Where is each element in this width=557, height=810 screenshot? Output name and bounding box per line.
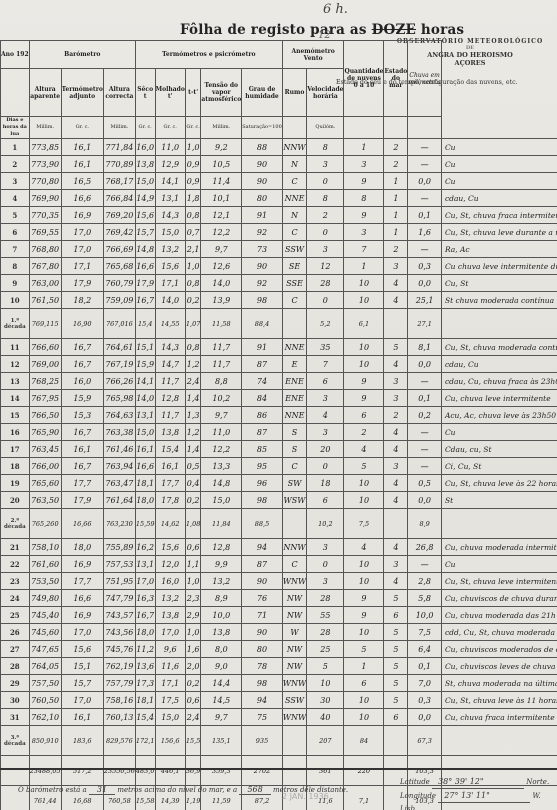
cell-cloud: 9 xyxy=(344,173,384,190)
cell-wet: 156,6 xyxy=(155,726,185,756)
cell-dir: ENE xyxy=(282,373,306,390)
cell-cloud: 5 xyxy=(344,641,384,658)
cell-remark: Cu, St, chuva leve às 22 horas xyxy=(441,475,557,492)
cell-diff: 2,4 xyxy=(185,373,200,390)
cell-diff: 0,7 xyxy=(185,224,200,241)
cell-vel: 28 xyxy=(307,624,344,641)
cell-dry: 15,0 xyxy=(135,424,155,441)
cell-corr: 766,69 xyxy=(103,241,135,258)
cell-diff: 1,0 xyxy=(185,139,200,156)
cell-vap: 11,7 xyxy=(201,356,242,373)
cell-hum: 92 xyxy=(242,224,283,241)
cell-corr: 763,38 xyxy=(103,424,135,441)
cell-vel: 207 xyxy=(307,726,344,756)
cell-wet: 15,4 xyxy=(155,441,185,458)
cell-vel: 4 xyxy=(307,407,344,424)
cell-cloud: 7 xyxy=(344,241,384,258)
cell-cloud: 6,1 xyxy=(344,309,384,339)
subheader-3: Sêco t xyxy=(135,69,155,117)
cell-dry: 14,0 xyxy=(135,390,155,407)
cell-vel: 8 xyxy=(307,139,344,156)
cell-hum: 91 xyxy=(242,339,283,356)
cell-corr: 760,13 xyxy=(103,709,135,726)
cell-vel: 0 xyxy=(307,224,344,241)
cell-diff: 0,9 xyxy=(185,156,200,173)
cell-diff: 1,4 xyxy=(185,390,200,407)
cell-dry: 16,1 xyxy=(135,441,155,458)
cell-corr: 743,56 xyxy=(103,624,135,641)
table-row: 1773,8516,1771,8416,011,01,09,288NNW812—… xyxy=(1,139,557,156)
cell-diff: 1,2 xyxy=(185,424,200,441)
cell-vel: 3 xyxy=(307,573,344,590)
cell-rain: 0,3 xyxy=(408,258,442,275)
cell-wet: 11,0 xyxy=(155,139,185,156)
day-moon-header: Dias e horas da lua xyxy=(1,117,30,139)
cell-corr: 763,47 xyxy=(103,475,135,492)
cell-rain: 1,6 xyxy=(408,224,442,241)
cell-rain: 27,1 xyxy=(408,309,442,339)
table-row: 20763,5017,9761,6418,017,80,215,098WSW61… xyxy=(1,492,557,509)
cell-tadj: 16,5 xyxy=(61,173,103,190)
cell-rain: — xyxy=(408,190,442,207)
cell-cloud: 9 xyxy=(344,590,384,607)
cell-cloud: 7,5 xyxy=(344,509,384,539)
day-cell: 27 xyxy=(1,641,30,658)
cell-dir: WNW xyxy=(282,675,306,692)
cell-alt: 769,115 xyxy=(29,309,61,339)
cell-dry: 18,0 xyxy=(135,624,155,641)
cell-vap: 10,1 xyxy=(201,190,242,207)
cell-corr: 766,26 xyxy=(103,373,135,390)
cell-wet: 12,8 xyxy=(155,390,185,407)
day-cell: 6 xyxy=(1,224,30,241)
cell-hum: 86 xyxy=(242,407,283,424)
observation-table: Ano 192 Barómetro Termómetros e psicróme… xyxy=(0,40,557,810)
table-row: 15766,5015,3764,6313,111,71,39,786NNE462… xyxy=(1,407,557,424)
register-sheet: 6 h. Fôlha de registo para as DOZE horas… xyxy=(0,0,557,810)
barometer-header: Barómetro xyxy=(29,41,135,69)
cell-rain: — xyxy=(408,139,442,156)
latitude-value: 38° 39' 12" xyxy=(432,775,524,789)
cell-dry: 16,2 xyxy=(135,539,155,556)
cell-tadj: 16,9 xyxy=(61,607,103,624)
table-row: 10761,5018,2759,0916,714,00,213,998C0104… xyxy=(1,292,557,309)
cell-vap: 8,8 xyxy=(201,373,242,390)
cell-alt: 766,00 xyxy=(29,458,61,475)
cell-diff: 1,0 xyxy=(185,258,200,275)
cell-alt: 764,05 xyxy=(29,658,61,675)
cell-alt: 753,50 xyxy=(29,573,61,590)
cell-rain: 0,0 xyxy=(408,492,442,509)
table-row: 16765,9016,7763,3815,013,81,211,087S324—… xyxy=(1,424,557,441)
cell-sea: 4 xyxy=(384,292,408,309)
cell-dry: 18,1 xyxy=(135,475,155,492)
cell-rain: 0,0 xyxy=(408,173,442,190)
cell-rain: 7,0 xyxy=(408,675,442,692)
title-suffix: horas xyxy=(421,22,464,38)
latitude-direction: Norte. xyxy=(526,778,549,786)
cell-cloud: 2 xyxy=(344,424,384,441)
cell-vel: 3 xyxy=(307,424,344,441)
day-cell: 23 xyxy=(1,573,30,590)
cell-corr: 769,20 xyxy=(103,207,135,224)
cell-dry: 18,1 xyxy=(135,692,155,709)
cell-cloud: 10 xyxy=(344,573,384,590)
cell-tadj: 17,0 xyxy=(61,624,103,641)
cell-diff: 0,4 xyxy=(185,475,200,492)
cell-vap: 14,4 xyxy=(201,675,242,692)
cell-hum: 94 xyxy=(242,692,283,709)
cell-cloud: 4 xyxy=(344,441,384,458)
cell-alt: 747,65 xyxy=(29,641,61,658)
cell-dir xyxy=(282,756,306,786)
cell-diff: 1,8 xyxy=(185,190,200,207)
cell-diff: 0,2 xyxy=(185,492,200,509)
cell-vap: 9,7 xyxy=(201,407,242,424)
cell-hum: 75 xyxy=(242,709,283,726)
cell-corr: 747,79 xyxy=(103,590,135,607)
thermometers-header: Termómetros e psicrómetro xyxy=(135,41,282,69)
cell-corr: 770,89 xyxy=(103,156,135,173)
table-row: 28764,0515,1762,1913,611,62,09,078NW5150… xyxy=(1,658,557,675)
remarks-header xyxy=(441,41,557,139)
cell-diff: 36,9 xyxy=(185,756,200,786)
cell-rain: 10,0 xyxy=(408,607,442,624)
cell-dry: 16,0 xyxy=(135,139,155,156)
cell-dry: 15,7 xyxy=(135,224,155,241)
table-row: 26745,6017,0743,5618,017,01,013,890W2810… xyxy=(1,624,557,641)
cell-tadj: 16,6 xyxy=(61,590,103,607)
cell-wet: 11,7 xyxy=(155,407,185,424)
longitude-value: 27° 13' 11" xyxy=(438,789,530,803)
cell-corr: 765,98 xyxy=(103,390,135,407)
cell-sea: 1 xyxy=(384,190,408,207)
wind-label: Vento xyxy=(304,55,323,62)
cell-vel: 6 xyxy=(307,373,344,390)
cell-cloud: 10 xyxy=(344,556,384,573)
cell-vap: 10,2 xyxy=(201,390,242,407)
cell-hum: 98 xyxy=(242,492,283,509)
cell-remark: Cu, chuviscos de chuva durante a noite xyxy=(441,590,557,607)
cell-hum: 85 xyxy=(242,441,283,458)
cell-sea: 5 xyxy=(384,624,408,641)
cell-dir: E xyxy=(282,356,306,373)
cell-wet: 11,6 xyxy=(155,658,185,675)
cell-wet: 16,0 xyxy=(155,573,185,590)
cell-sea: 4 xyxy=(384,356,408,373)
table-row: 17763,4516,1761,4616,115,41,412,285S2044… xyxy=(1,441,557,458)
cell-diff: 0,2 xyxy=(185,675,200,692)
cell-rain: 26,8 xyxy=(408,539,442,556)
cell-cloud: 10 xyxy=(344,492,384,509)
cell-vap: 12,1 xyxy=(201,207,242,224)
cell-vel: 0 xyxy=(307,173,344,190)
cell-vap: 13,3 xyxy=(201,458,242,475)
day-cell: 28 xyxy=(1,658,30,675)
cell-diff: 0,6 xyxy=(185,692,200,709)
cell-cloud: 9 xyxy=(344,207,384,224)
cell-tadj: 15,3 xyxy=(61,407,103,424)
cell-corr: 755,89 xyxy=(103,539,135,556)
day-cell: 7 xyxy=(1,241,30,258)
cell-dir: SSE xyxy=(282,275,306,292)
cell-diff: 2,9 xyxy=(185,607,200,624)
cell-dir xyxy=(282,726,306,756)
cell-cloud: 9 xyxy=(344,373,384,390)
cell-vel: 3 xyxy=(307,156,344,173)
unit-1: Gr. c. xyxy=(61,117,103,139)
cell-vel: 2 xyxy=(307,207,344,224)
cell-alt: 769,55 xyxy=(29,224,61,241)
cell-cloud: 10 xyxy=(344,624,384,641)
cell-hum: 71 xyxy=(242,607,283,624)
cell-dir: C xyxy=(282,458,306,475)
anemometer-header: AnemómetroVento xyxy=(282,41,344,69)
cell-vap: 11,7 xyxy=(201,339,242,356)
subheader-8: Rumo xyxy=(282,69,306,117)
cell-alt: 760,50 xyxy=(29,692,61,709)
day-cell: 17 xyxy=(1,441,30,458)
unit-8 xyxy=(282,117,306,139)
cell-hum: 91 xyxy=(242,207,283,224)
day-cell: 18 xyxy=(1,458,30,475)
cell-corr: 751,95 xyxy=(103,573,135,590)
cell-dry: 483,0 xyxy=(135,756,155,786)
cell-dry: 17,0 xyxy=(135,573,155,590)
cell-dir: NNW xyxy=(282,539,306,556)
cell-vel: 35 xyxy=(307,339,344,356)
cell-dir: C xyxy=(282,224,306,241)
unit-5: Gr. c. xyxy=(185,117,200,139)
cell-remark: Cu xyxy=(441,139,557,156)
cell-alt: 762,10 xyxy=(29,709,61,726)
cell-alt: 767,95 xyxy=(29,390,61,407)
cell-rain: — xyxy=(408,373,442,390)
cell-alt: 770,80 xyxy=(29,173,61,190)
cell-dir xyxy=(282,309,306,339)
cell-remark: Cu, chuva fraca intermitente xyxy=(441,709,557,726)
cell-vel: 30 xyxy=(307,692,344,709)
cell-rain: — xyxy=(408,156,442,173)
day-cell: 3.ª década xyxy=(1,726,30,756)
unit-blank xyxy=(384,117,408,139)
cell-dir: N xyxy=(282,207,306,224)
cell-corr: 757,53 xyxy=(103,556,135,573)
cell-corr: 760,79 xyxy=(103,275,135,292)
cell-vel: 5,2 xyxy=(307,309,344,339)
cell-vap: 14,5 xyxy=(201,692,242,709)
cell-alt: 757,50 xyxy=(29,675,61,692)
day-cell: 15 xyxy=(1,407,30,424)
cell-sea: 5 xyxy=(384,339,408,356)
cell-sea: 5 xyxy=(384,675,408,692)
cell-rain: 67,3 xyxy=(408,726,442,756)
cell-tadj: 16,7 xyxy=(61,424,103,441)
cell-rain: 0,0 xyxy=(408,709,442,726)
cell-sea xyxy=(384,509,408,539)
cell-wet: 15,0 xyxy=(155,224,185,241)
cell-tadj: 15,7 xyxy=(61,675,103,692)
day-column-header xyxy=(1,69,30,117)
subheader-7: Grau de humidade xyxy=(242,69,283,117)
cell-vel: 40 xyxy=(307,709,344,726)
cell-dir: NW xyxy=(282,590,306,607)
cell-sea: 3 xyxy=(384,556,408,573)
cell-diff: 2,0 xyxy=(185,658,200,675)
day-cell: 8 xyxy=(1,258,30,275)
cell-tadj: 17,0 xyxy=(61,241,103,258)
cell-diff: 1,07 xyxy=(185,309,200,339)
cell-wet: 13,8 xyxy=(155,607,185,624)
cell-cloud: 6 xyxy=(344,407,384,424)
cell-cloud: 6 xyxy=(344,675,384,692)
cell-tadj: 16,1 xyxy=(61,139,103,156)
cell-tadj: 17,9 xyxy=(61,492,103,509)
cell-hum: 98 xyxy=(242,675,283,692)
cell-hum: 90 xyxy=(242,258,283,275)
cell-wet: 16,1 xyxy=(155,458,185,475)
cell-wet: 15,6 xyxy=(155,539,185,556)
cell-vel: 6 xyxy=(307,492,344,509)
cell-remark: Cu, St, chuva fraca intermitente durante… xyxy=(441,207,557,224)
cell-remark: Ra, Ac xyxy=(441,241,557,258)
cell-cloud: 1 xyxy=(344,258,384,275)
unit-blank xyxy=(344,117,384,139)
cell-hum: 92 xyxy=(242,275,283,292)
table-row: 29757,5015,7757,7917,317,10,214,498WNW10… xyxy=(1,675,557,692)
unit-4: Gr. c. xyxy=(155,117,185,139)
table-row: 18766,0016,7763,9416,616,10,513,395C053—… xyxy=(1,458,557,475)
day-cell: 11 xyxy=(1,339,30,356)
cell-corr: 743,57 xyxy=(103,607,135,624)
cell-cloud: 10 xyxy=(344,292,384,309)
table-row: 30760,5017,0758,1618,117,50,614,594SSW30… xyxy=(1,692,557,709)
unit-6: Millim. xyxy=(201,117,242,139)
cell-dir: NNE xyxy=(282,339,306,356)
cell-corr: 829,576 xyxy=(103,726,135,756)
cell-vap: 12,2 xyxy=(201,224,242,241)
subheader-1: Termómetro adjunto xyxy=(61,69,103,117)
cell-hum: 935 xyxy=(242,726,283,756)
cell-vap: 9,7 xyxy=(201,241,242,258)
cell-alt: 23488,05 xyxy=(29,756,61,786)
cell-dir: ENE xyxy=(282,390,306,407)
table-row: 2773,9016,1770,8913,812,90,910,590N332—C… xyxy=(1,156,557,173)
cell-remark: Cu, St, chuva moderada contínua xyxy=(441,339,557,356)
cell-sea: 4 xyxy=(384,475,408,492)
cell-alt: 850,910 xyxy=(29,726,61,756)
cell-dir: NW xyxy=(282,641,306,658)
cell-corr: 764,63 xyxy=(103,407,135,424)
cell-hum: 84 xyxy=(242,390,283,407)
cell-rain: 2,8 xyxy=(408,573,442,590)
cell-dry: 172,1 xyxy=(135,726,155,756)
year-header: Ano 192 xyxy=(1,41,30,69)
table-row: 8767,8017,1765,6816,615,61,012,690SE1213… xyxy=(1,258,557,275)
cell-diff: 1,1 xyxy=(185,556,200,573)
cell-vel: 3 xyxy=(307,390,344,407)
cell-dry: 13,1 xyxy=(135,556,155,573)
cell-diff: 1,3 xyxy=(185,407,200,424)
cell-remark: Cu, St, chuva leve durante a noite xyxy=(441,224,557,241)
cell-wet: 17,7 xyxy=(155,475,185,492)
title-struck-hour: DOZE xyxy=(372,22,416,38)
cell-diff: 0,8 xyxy=(185,339,200,356)
day-cell: 2 xyxy=(1,156,30,173)
day-cell: 20 xyxy=(1,492,30,509)
cell-dry: 15,0 xyxy=(135,173,155,190)
cell-corr: 758,16 xyxy=(103,692,135,709)
cell-vel: 12 xyxy=(307,258,344,275)
cell-dry: 14,8 xyxy=(135,241,155,258)
cell-vel: 25 xyxy=(307,641,344,658)
cell-tadj: 16,7 xyxy=(61,458,103,475)
cell-sea: 2 xyxy=(384,407,408,424)
cell-hum: 76 xyxy=(242,590,283,607)
cell-vap: 359,3 xyxy=(201,756,242,786)
day-cell: 9 xyxy=(1,275,30,292)
cell-vel: 20 xyxy=(307,441,344,458)
cell-vel: 0 xyxy=(307,292,344,309)
cell-rain: — xyxy=(408,241,442,258)
cell-alt: 765,260 xyxy=(29,509,61,539)
cell-sea: 4 xyxy=(384,573,408,590)
cell-dry: 15,4 xyxy=(135,309,155,339)
cell-remark: Cu, chuva moderada das 21h às 22h50m. Tr… xyxy=(441,607,557,624)
cell-alt: 761,50 xyxy=(29,292,61,309)
cell-alt: 763,00 xyxy=(29,275,61,292)
cell-vel: 0 xyxy=(307,458,344,475)
day-cell: 1 xyxy=(1,139,30,156)
cell-corr: 761,64 xyxy=(103,492,135,509)
cell-vel: 0 xyxy=(307,556,344,573)
cell-cloud: 10 xyxy=(344,709,384,726)
cell-vel: 3 xyxy=(307,241,344,258)
subheader-5: t-t' xyxy=(185,69,200,117)
table-row: 13768,2516,0766,2614,111,72,48,874ENE693… xyxy=(1,373,557,390)
cell-vel: 55 xyxy=(307,607,344,624)
cell-dry: 13,6 xyxy=(135,658,155,675)
day-cell: 1.ª década xyxy=(1,309,30,339)
cell-tadj: 16,90 xyxy=(61,309,103,339)
cell-dry: 16,7 xyxy=(135,607,155,624)
table-row: 25745,4016,9743,5716,713,82,910,071NW559… xyxy=(1,607,557,624)
cell-sea: 3 xyxy=(384,373,408,390)
summary-row: 3.ª década850,910183,6829,576172,1156,61… xyxy=(1,726,557,756)
day-cell: 3 xyxy=(1,173,30,190)
day-cell: 29 xyxy=(1,675,30,692)
day-cell: 12 xyxy=(1,356,30,373)
summary-row: 2.ª década765,26016,66763,23015,5914,621… xyxy=(1,509,557,539)
table-row: 24749,8016,6747,7916,313,22,38,976NW2895… xyxy=(1,590,557,607)
cell-remark: Cu, St, chuva leve às 11 horas xyxy=(441,692,557,709)
cell-vap: 8,9 xyxy=(201,590,242,607)
cell-cloud: 10 xyxy=(344,275,384,292)
cell-sea: 3 xyxy=(384,258,408,275)
cell-hum: 2702 xyxy=(242,756,283,786)
cell-alt: 745,40 xyxy=(29,607,61,624)
cell-vap: 13,8 xyxy=(201,624,242,641)
cell-dir: SSW xyxy=(282,241,306,258)
subheader-4: Molhado t' xyxy=(155,69,185,117)
cell-vap: 9,7 xyxy=(201,709,242,726)
day-cell: 25 xyxy=(1,607,30,624)
cell-diff: 1,6 xyxy=(185,641,200,658)
cell-sea: 5 xyxy=(384,658,408,675)
cell-wet: 14,55 xyxy=(155,309,185,339)
table-row: 23753,5017,7751,9517,016,01,013,290WNW31… xyxy=(1,573,557,590)
unit-9: Quilóm. xyxy=(307,117,344,139)
